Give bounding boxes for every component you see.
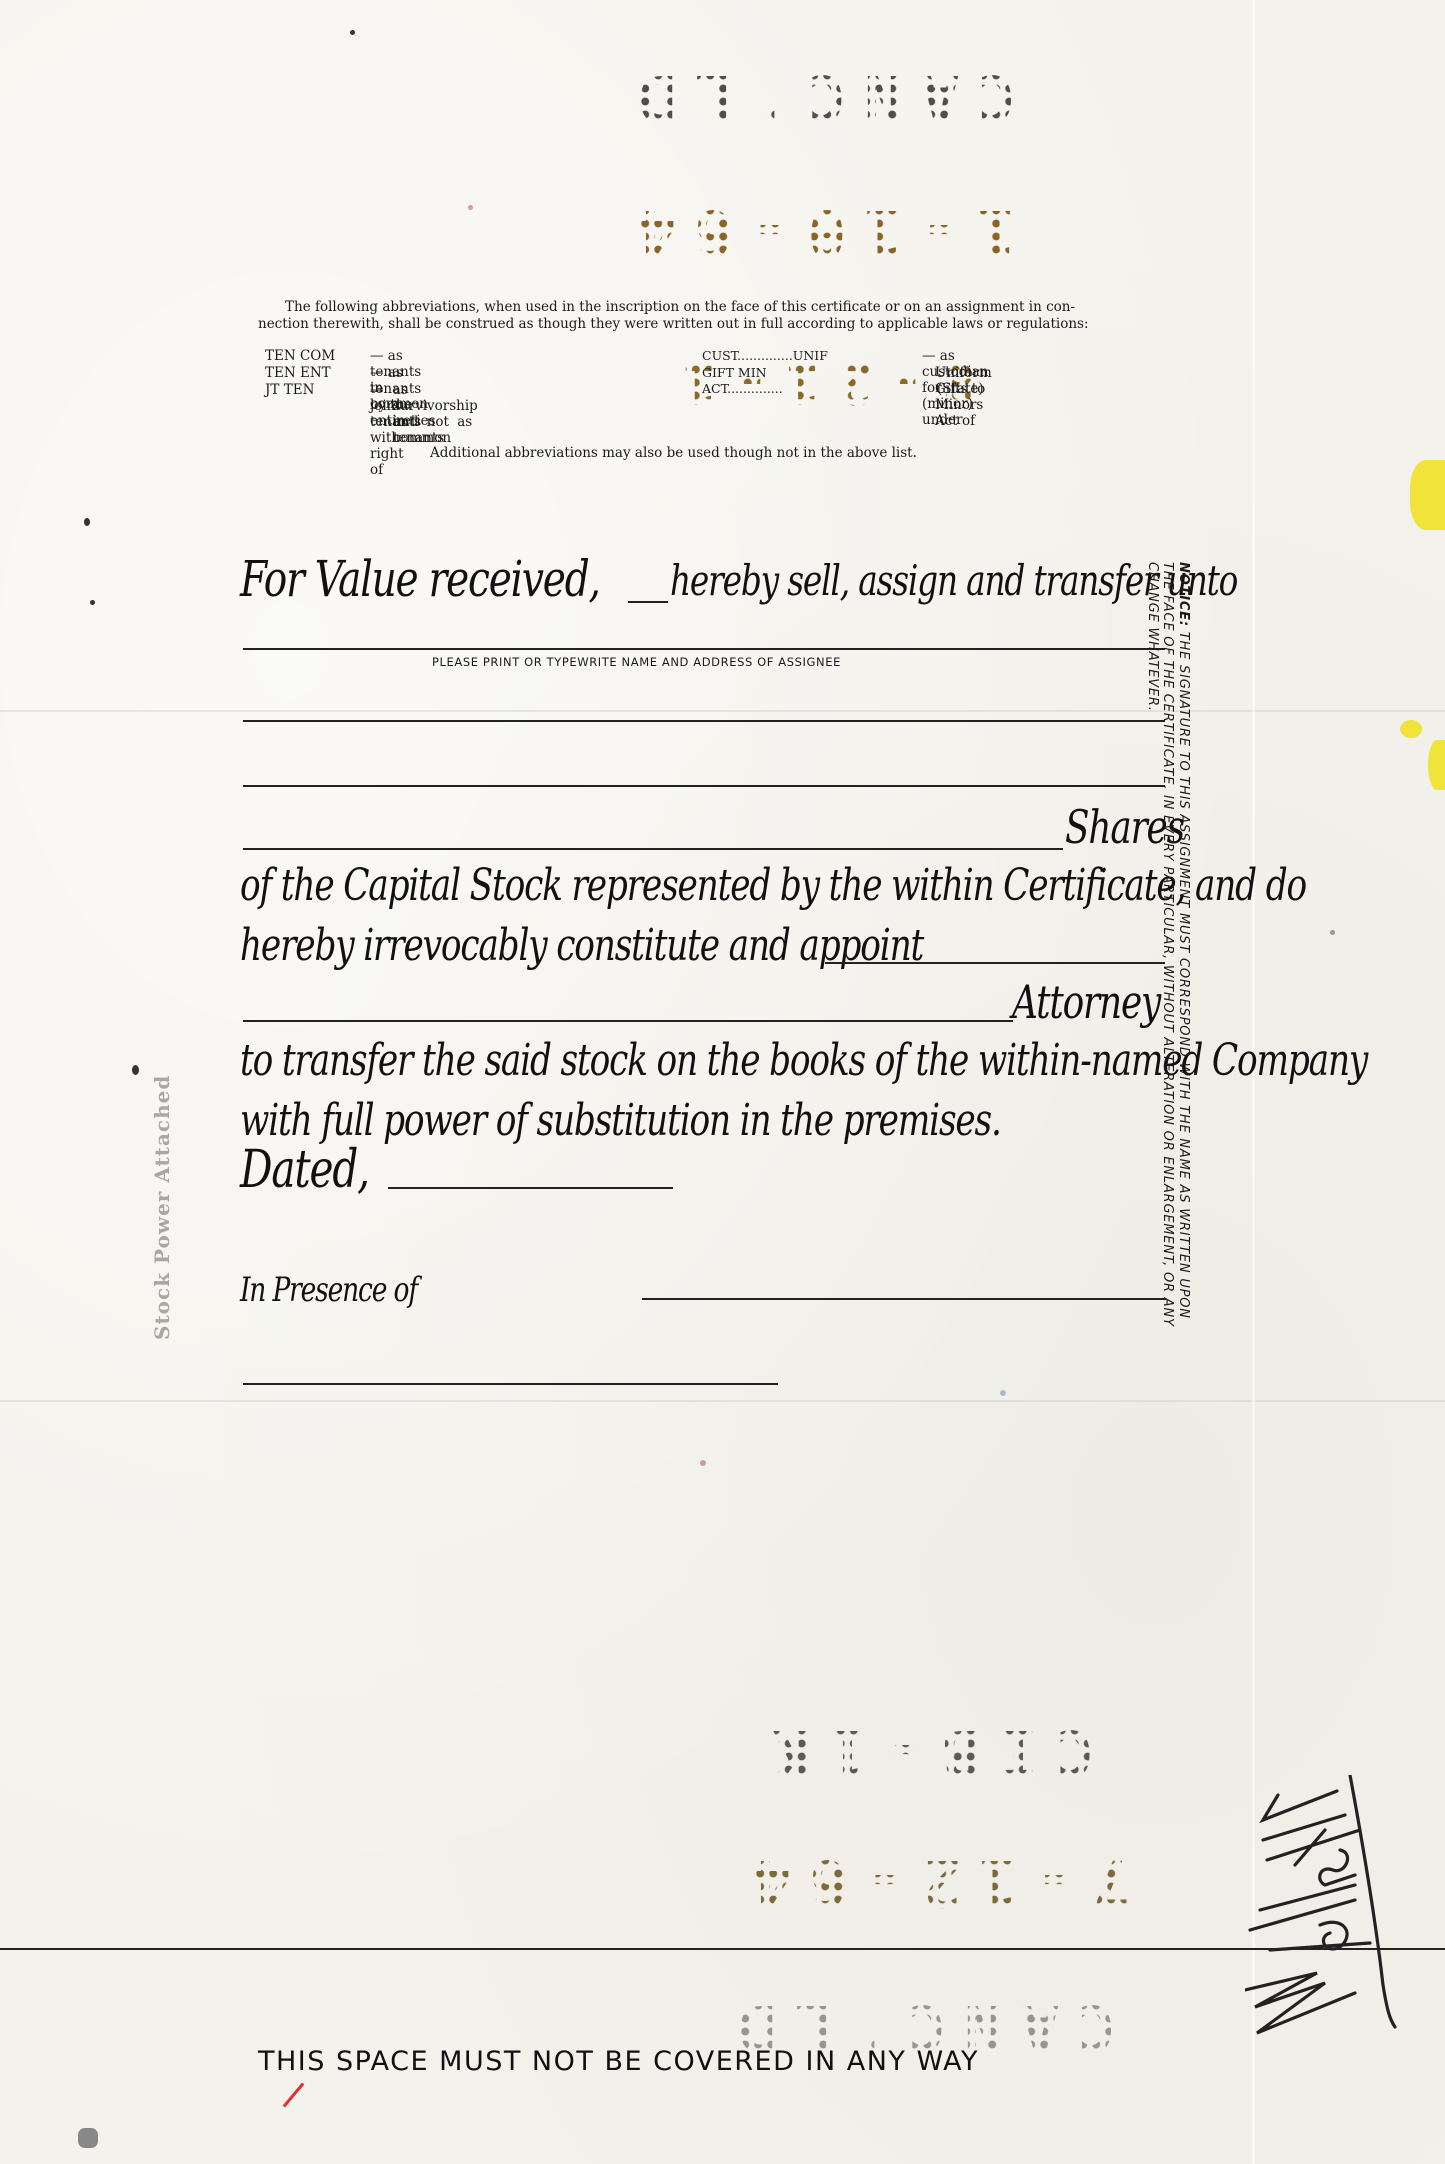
irrevocably-appoint: hereby irrevocably constitute and appoin…: [240, 920, 923, 971]
substitution-line: with full power of substitution in the p…: [240, 1095, 1001, 1146]
fold-line: [0, 710, 1445, 712]
footer-warning: THIS SPACE MUST NOT BE COVERED IN ANY WA…: [258, 2046, 979, 2077]
ink-speck: [90, 600, 95, 605]
signature-line[interactable]: [642, 1298, 1166, 1300]
handwritten-signature: [1245, 1775, 1445, 2105]
assignee-line-3[interactable]: [243, 785, 1165, 787]
yellow-stain: [1410, 460, 1445, 530]
ink-speck: [1000, 1390, 1006, 1396]
ink-speck: [132, 1065, 139, 1075]
appointee-line[interactable]: [825, 962, 1165, 964]
perforation-bottom-code: CIB-1K: [755, 1715, 1094, 1789]
stock-power-attached-stamp: Stock Power Attached: [150, 1075, 174, 1340]
witness-line[interactable]: [243, 1383, 778, 1385]
bottom-rule: [0, 1948, 1445, 1950]
for-value-received: For Value received,: [240, 550, 600, 608]
dated-label: Dated,: [240, 1140, 369, 1200]
fold-line: [0, 1400, 1445, 1402]
attorney-name-line[interactable]: [243, 1020, 1013, 1022]
ink-speck: [78, 2128, 98, 2148]
transfer-books-line: to transfer the said stock on the books …: [240, 1035, 1367, 1086]
ink-speck: [1330, 930, 1335, 935]
ink-speck: [468, 205, 473, 210]
perforation-date: 1-10-64: [620, 195, 1016, 269]
attorney-label: Attorney: [1012, 975, 1160, 1029]
shares-count-line[interactable]: [243, 848, 1063, 850]
ink-speck: [350, 30, 355, 35]
assignor-blank[interactable]: [628, 601, 668, 603]
signature-notice: NOTICE: THE SIGNATURE TO THIS ASSIGNMENT…: [1145, 562, 1192, 1332]
perforation-cancelled: CANC'LD: [620, 60, 1016, 134]
yellow-stain: [1428, 740, 1445, 790]
abbreviations-intro: The following abbreviations, when used i…: [283, 299, 1233, 333]
assignee-line-1[interactable]: [243, 648, 1165, 650]
in-presence-of-label: In Presence of: [240, 1270, 417, 1310]
additional-abbreviations-note: Additional abbreviations may also be use…: [430, 445, 917, 461]
ink-speck: [700, 1460, 706, 1466]
yellow-stain: [1400, 720, 1422, 738]
assignee-line-2[interactable]: [243, 720, 1165, 722]
assignee-caption: PLEASE PRINT OR TYPEWRITE NAME AND ADDRE…: [432, 655, 841, 669]
date-line[interactable]: [388, 1187, 673, 1189]
perforation-bottom-date: 7-12-64: [735, 1845, 1131, 1919]
ink-speck: [84, 518, 90, 526]
